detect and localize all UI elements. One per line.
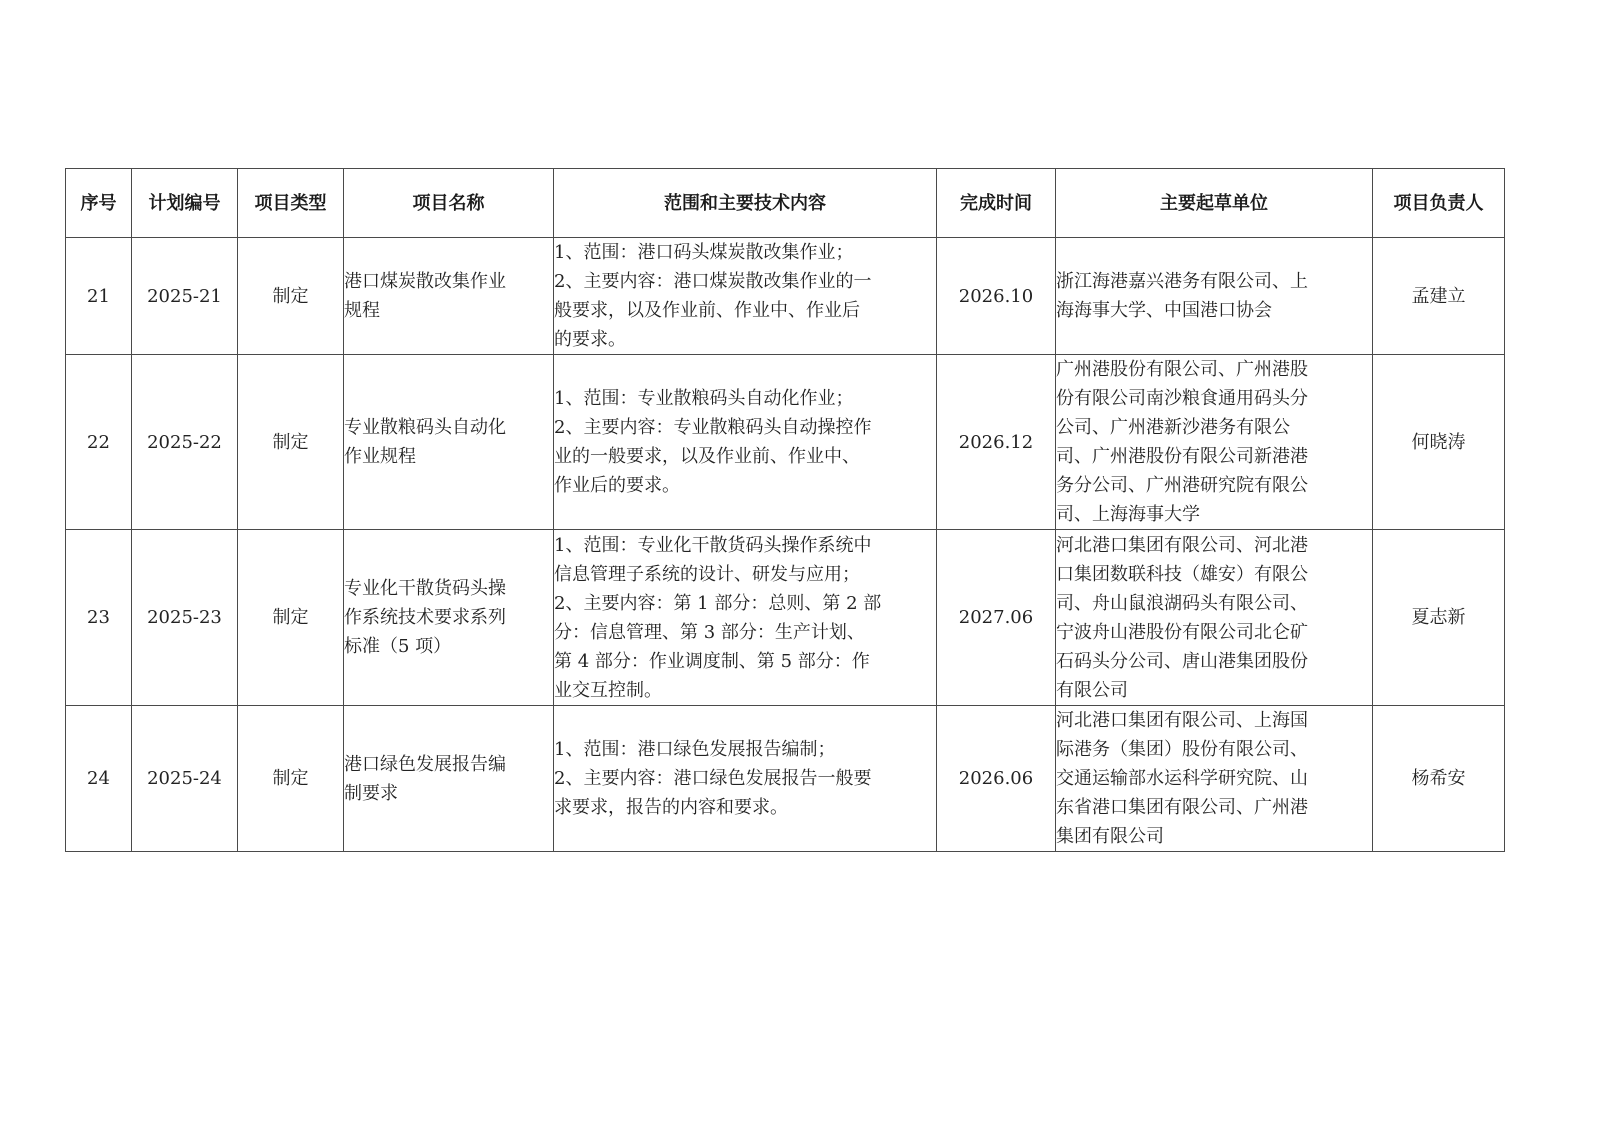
cell-plan-no: 2025-24	[132, 706, 238, 852]
cell-type: 制定	[238, 355, 344, 530]
cell-drafters: 河北港口集团有限公司、河北港 口集团数联科技（雄安）有限公 司、舟山鼠浪湖码头有…	[1056, 530, 1373, 706]
document-page: 序号 计划编号 项目类型 项目名称 范围和主要技术内容 完成时间 主要起草单位 …	[0, 0, 1600, 1131]
drafters-line: 口集团数联科技（雄安）有限公	[1056, 560, 1372, 589]
header-seq: 序号	[66, 169, 132, 238]
table-row: 24 2025-24 制定 港口绿色发展报告编 制要求 1、范围：港口绿色发展报…	[66, 706, 1505, 852]
scope-line: 求要求，报告的内容和要求。	[554, 793, 936, 822]
cell-type: 制定	[238, 238, 344, 355]
name-line: 专业化干散货码头操	[344, 574, 553, 603]
standards-plan-table: 序号 计划编号 项目类型 项目名称 范围和主要技术内容 完成时间 主要起草单位 …	[65, 168, 1505, 852]
header-type: 项目类型	[238, 169, 344, 238]
cell-lead: 何晓涛	[1373, 355, 1505, 530]
cell-plan-no: 2025-22	[132, 355, 238, 530]
header-lead: 项目负责人	[1373, 169, 1505, 238]
scope-line: 般要求，以及作业前、作业中、作业后	[554, 296, 936, 325]
cell-seq: 23	[66, 530, 132, 706]
table-row: 22 2025-22 制定 专业散粮码头自动化 作业规程 1、范围：专业散粮码头…	[66, 355, 1505, 530]
header-name: 项目名称	[344, 169, 554, 238]
scope-line: 1、范围：专业散粮码头自动化作业；	[554, 384, 936, 413]
cell-name: 港口绿色发展报告编 制要求	[344, 706, 554, 852]
cell-plan-no: 2025-23	[132, 530, 238, 706]
table-row: 23 2025-23 制定 专业化干散货码头操 作系统技术要求系列 标准（5 项…	[66, 530, 1505, 706]
name-line: 标准（5 项）	[344, 632, 553, 661]
scope-line: 1、范围：港口码头煤炭散改集作业；	[554, 238, 936, 267]
cell-seq: 21	[66, 238, 132, 355]
drafters-line: 际港务（集团）股份有限公司、	[1056, 735, 1372, 764]
cell-seq: 24	[66, 706, 132, 852]
cell-lead: 夏志新	[1373, 530, 1505, 706]
cell-type: 制定	[238, 706, 344, 852]
cell-completion: 2026.06	[937, 706, 1056, 852]
drafters-line: 浙江海港嘉兴港务有限公司、上	[1056, 267, 1372, 296]
cell-scope: 1、范围：专业散粮码头自动化作业； 2、主要内容：专业散粮码头自动操控作 业的一…	[554, 355, 937, 530]
drafters-line: 海海事大学、中国港口协会	[1056, 296, 1372, 325]
cell-completion: 2026.10	[937, 238, 1056, 355]
header-drafters: 主要起草单位	[1056, 169, 1373, 238]
cell-seq: 22	[66, 355, 132, 530]
scope-line: 的要求。	[554, 325, 936, 354]
cell-scope: 1、范围：港口绿色发展报告编制； 2、主要内容：港口绿色发展报告一般要 求要求，…	[554, 706, 937, 852]
drafters-line: 公司、广州港新沙港务有限公	[1056, 413, 1372, 442]
header-plan-no: 计划编号	[132, 169, 238, 238]
cell-drafters: 广州港股份有限公司、广州港股 份有限公司南沙粮食通用码头分 公司、广州港新沙港务…	[1056, 355, 1373, 530]
header-scope: 范围和主要技术内容	[554, 169, 937, 238]
scope-line: 2、主要内容：港口绿色发展报告一般要	[554, 764, 936, 793]
drafters-line: 集团有限公司	[1056, 822, 1372, 851]
cell-plan-no: 2025-21	[132, 238, 238, 355]
drafters-line: 交通运输部水运科学研究院、山	[1056, 764, 1372, 793]
cell-completion: 2027.06	[937, 530, 1056, 706]
scope-line: 2、主要内容：港口煤炭散改集作业的一	[554, 267, 936, 296]
drafters-line: 司、上海海事大学	[1056, 500, 1372, 529]
name-line: 规程	[344, 296, 553, 325]
scope-line: 1、范围：港口绿色发展报告编制；	[554, 735, 936, 764]
drafters-line: 河北港口集团有限公司、上海国	[1056, 706, 1372, 735]
table-header-row: 序号 计划编号 项目类型 项目名称 范围和主要技术内容 完成时间 主要起草单位 …	[66, 169, 1505, 238]
cell-name: 专业散粮码头自动化 作业规程	[344, 355, 554, 530]
name-line: 作系统技术要求系列	[344, 603, 553, 632]
drafters-line: 广州港股份有限公司、广州港股	[1056, 355, 1372, 384]
scope-line: 2、主要内容：第 1 部分：总则、第 2 部	[554, 589, 936, 618]
cell-scope: 1、范围：港口码头煤炭散改集作业； 2、主要内容：港口煤炭散改集作业的一 般要求…	[554, 238, 937, 355]
cell-drafters: 浙江海港嘉兴港务有限公司、上 海海事大学、中国港口协会	[1056, 238, 1373, 355]
scope-line: 分：信息管理、第 3 部分：生产计划、	[554, 618, 936, 647]
scope-line: 2、主要内容：专业散粮码头自动操控作	[554, 413, 936, 442]
cell-name: 专业化干散货码头操 作系统技术要求系列 标准（5 项）	[344, 530, 554, 706]
scope-line: 信息管理子系统的设计、研发与应用；	[554, 560, 936, 589]
drafters-line: 宁波舟山港股份有限公司北仑矿	[1056, 618, 1372, 647]
name-line: 作业规程	[344, 442, 553, 471]
cell-lead: 杨希安	[1373, 706, 1505, 852]
cell-type: 制定	[238, 530, 344, 706]
scope-line: 业的一般要求，以及作业前、作业中、	[554, 442, 936, 471]
drafters-line: 石码头分公司、唐山港集团股份	[1056, 647, 1372, 676]
drafters-line: 份有限公司南沙粮食通用码头分	[1056, 384, 1372, 413]
drafters-line: 东省港口集团有限公司、广州港	[1056, 793, 1372, 822]
drafters-line: 有限公司	[1056, 676, 1372, 705]
name-line: 港口绿色发展报告编	[344, 750, 553, 779]
cell-name: 港口煤炭散改集作业 规程	[344, 238, 554, 355]
name-line: 专业散粮码头自动化	[344, 413, 553, 442]
table-row: 21 2025-21 制定 港口煤炭散改集作业 规程 1、范围：港口码头煤炭散改…	[66, 238, 1505, 355]
header-completion: 完成时间	[937, 169, 1056, 238]
scope-line: 1、范围：专业化干散货码头操作系统中	[554, 531, 936, 560]
scope-line: 作业后的要求。	[554, 471, 936, 500]
cell-completion: 2026.12	[937, 355, 1056, 530]
scope-line: 业交互控制。	[554, 676, 936, 705]
cell-scope: 1、范围：专业化干散货码头操作系统中 信息管理子系统的设计、研发与应用； 2、主…	[554, 530, 937, 706]
cell-lead: 孟建立	[1373, 238, 1505, 355]
scope-line: 第 4 部分：作业调度制、第 5 部分：作	[554, 647, 936, 676]
name-line: 港口煤炭散改集作业	[344, 267, 553, 296]
drafters-line: 河北港口集团有限公司、河北港	[1056, 531, 1372, 560]
drafters-line: 司、舟山鼠浪湖码头有限公司、	[1056, 589, 1372, 618]
name-line: 制要求	[344, 779, 553, 808]
drafters-line: 务分公司、广州港研究院有限公	[1056, 471, 1372, 500]
drafters-line: 司、广州港股份有限公司新港港	[1056, 442, 1372, 471]
cell-drafters: 河北港口集团有限公司、上海国 际港务（集团）股份有限公司、 交通运输部水运科学研…	[1056, 706, 1373, 852]
